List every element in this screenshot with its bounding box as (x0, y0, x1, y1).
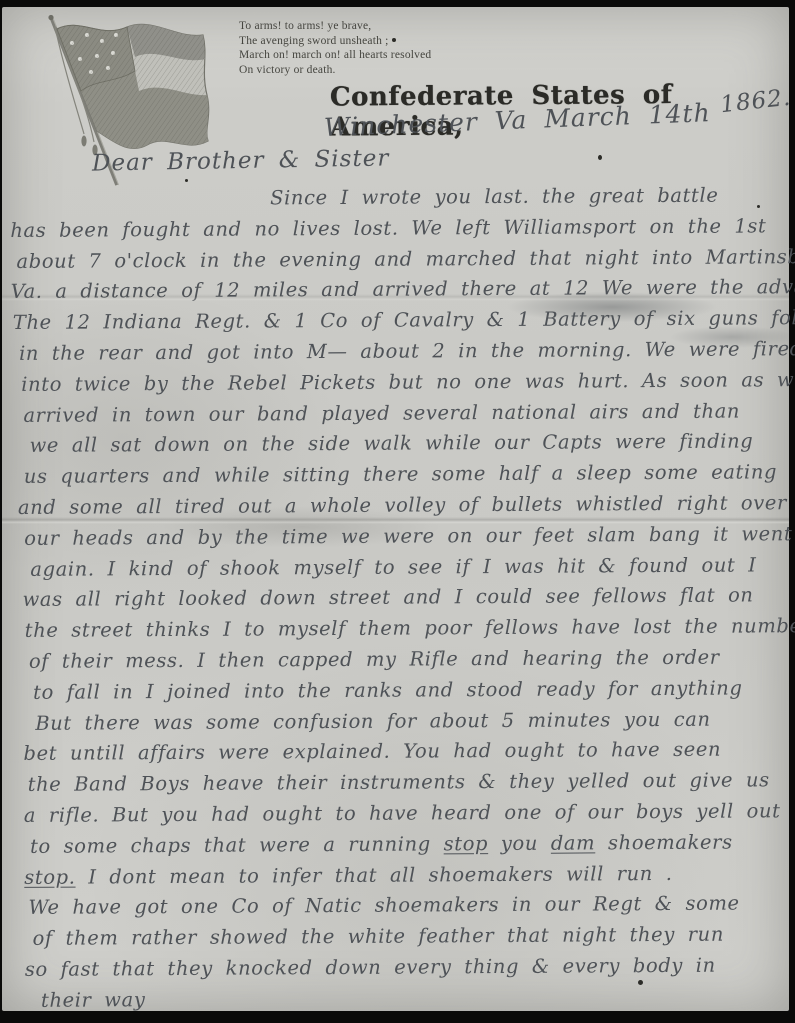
letter-body: Since I wrote you last. the great battle… (8, 180, 795, 1016)
ink-speck (598, 155, 602, 160)
letter-line: The 12 Indiana Regt. & 1 Co of Cavalry &… (9, 303, 792, 339)
motto-line: On victory or death. (239, 63, 469, 78)
letter-line: a rifle. But you had ought to have heard… (12, 796, 795, 832)
letter-line: the Band Boys heave their instruments & … (12, 765, 795, 801)
letter-line: of their mess. I then capped my Rifle an… (11, 642, 794, 678)
scanned-letter-page: { "scan": { "background_color": "#0a0a09… (0, 0, 795, 1023)
motto-line: March on! march on! all hearts resolved (239, 48, 469, 63)
letter-line: Va. a distance of 12 miles and arrived t… (9, 273, 792, 309)
letter-line: the street thinks I to myself them poor … (11, 611, 794, 647)
letter-line: of them rather showed the white feather … (13, 919, 795, 955)
ink-speck (185, 179, 188, 182)
letter-line: their way (13, 981, 795, 1017)
letter-line: we all sat down on the side walk while o… (10, 427, 793, 463)
letter-line: so fast that they knocked down every thi… (13, 950, 795, 986)
letter-line: has been fought and no lives lost. We le… (8, 211, 791, 247)
letter-line: arrived in town our band played several … (9, 396, 792, 432)
letter-line: into twice by the Rebel Pickets but no o… (9, 365, 792, 401)
letter-paper: To arms! to arms! ye brave, The avenging… (2, 7, 789, 1011)
letter-line: to some chaps that were a running stop y… (12, 827, 795, 863)
salutation: Dear Brother & Sister (92, 145, 390, 176)
letter-line: stop. I dont mean to infer that all shoe… (12, 858, 795, 894)
fold-crease (2, 294, 789, 301)
ink-speck (392, 38, 396, 42)
motto-line: The avenging sword unsheath ; (239, 34, 469, 49)
letter-line: us quarters and while sitting there some… (10, 457, 793, 493)
letter-line: in the rear and got into M— about 2 in t… (9, 334, 792, 370)
letter-line: our heads and by the time we were on our… (10, 519, 793, 555)
letter-line: Since I wrote you last. the great battle (8, 180, 791, 216)
fold-crease (2, 517, 789, 524)
letter-line: again. I kind of shook myself to see if … (10, 550, 793, 586)
letter-line: about 7 o'clock in the evening and march… (8, 242, 791, 278)
ink-speck (757, 205, 760, 208)
letter-line: to fall in I joined into the ranks and s… (11, 673, 794, 709)
motto-line: To arms! to arms! ye brave, (239, 19, 469, 34)
letter-line: bet untill affairs were explained. You h… (11, 735, 794, 771)
letter-line: was all right looked down street and I c… (10, 581, 793, 617)
letterhead-motto: To arms! to arms! ye brave, The avenging… (239, 19, 469, 77)
letter-line: We have got one Co of Natic shoemakers i… (12, 889, 795, 925)
letter-line: But there was some confusion for about 5… (11, 704, 794, 740)
ink-speck (638, 980, 643, 985)
